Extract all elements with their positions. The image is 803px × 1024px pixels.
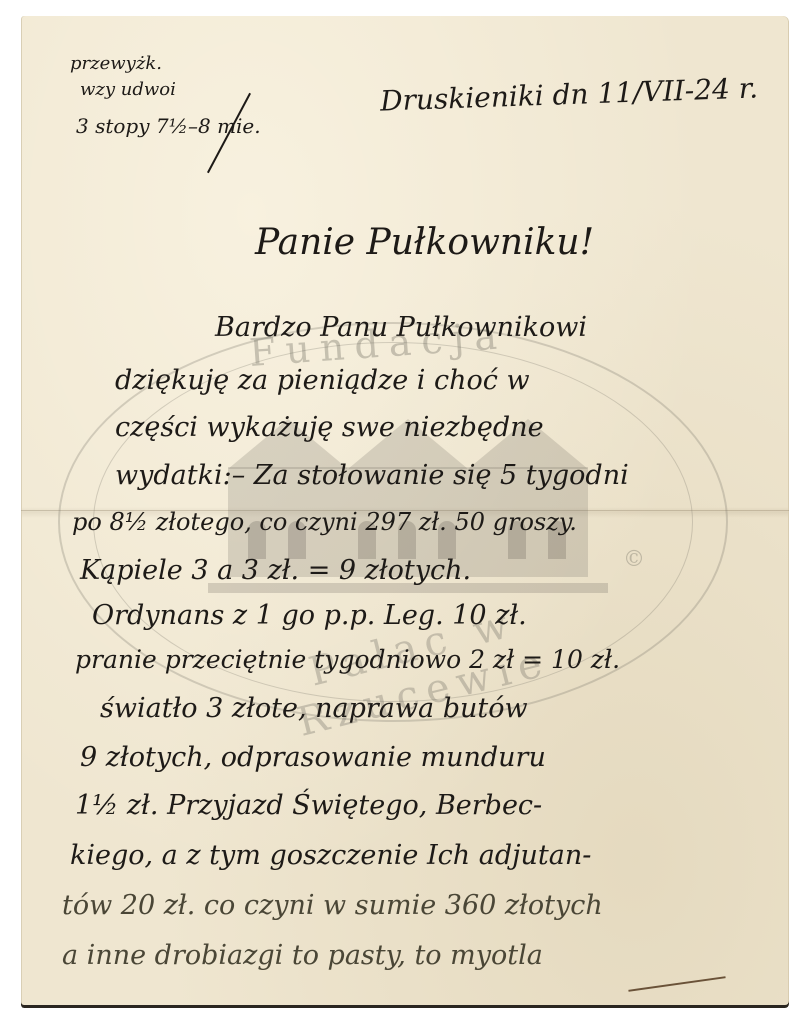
- body-line-2: dziękuję za pieniądze i choć w: [115, 365, 530, 396]
- body-line-3: części wykażuję swe niezbędne: [115, 412, 544, 443]
- body-line-13: tów 20 zł. co czyni w sumie 360 złotych: [62, 890, 603, 921]
- body-line-14: a inne drobiazgi to pasty, to myotla: [62, 940, 543, 971]
- body-line-12: kiego, a z tym goszczenie Ich adjutan-: [70, 840, 591, 871]
- margin-note-line-1: przewyżk.: [70, 50, 162, 78]
- salutation: Panie Pułkowniku!: [255, 222, 594, 263]
- body-line-10: 9 złotych, odprasowanie munduru: [80, 742, 546, 773]
- body-line-9: światło 3 złote, naprawa butów: [100, 693, 528, 724]
- body-line-1: Bardzo Panu Pułkownikowi: [215, 312, 587, 343]
- body-line-8: pranie przeciętnie tygodniowo 2 zł = 10 …: [75, 645, 620, 674]
- body-line-11: 1½ zł. Przyjazd Świętego, Berbec-: [75, 790, 542, 821]
- body-line-6: Kąpiele 3 a 3 zł. = 9 złotych.: [80, 555, 471, 586]
- body-line-7: Ordynans z 1 go p.p. Leg. 10 zł.: [92, 600, 527, 631]
- body-line-5: po 8½ złotego, co czyni 297 zł. 50 grosz…: [72, 508, 577, 536]
- margin-note-line-2: wzy udwoi: [80, 76, 176, 104]
- body-line-4: wydatki:– Za stołowanie się 5 tygodni: [115, 460, 629, 491]
